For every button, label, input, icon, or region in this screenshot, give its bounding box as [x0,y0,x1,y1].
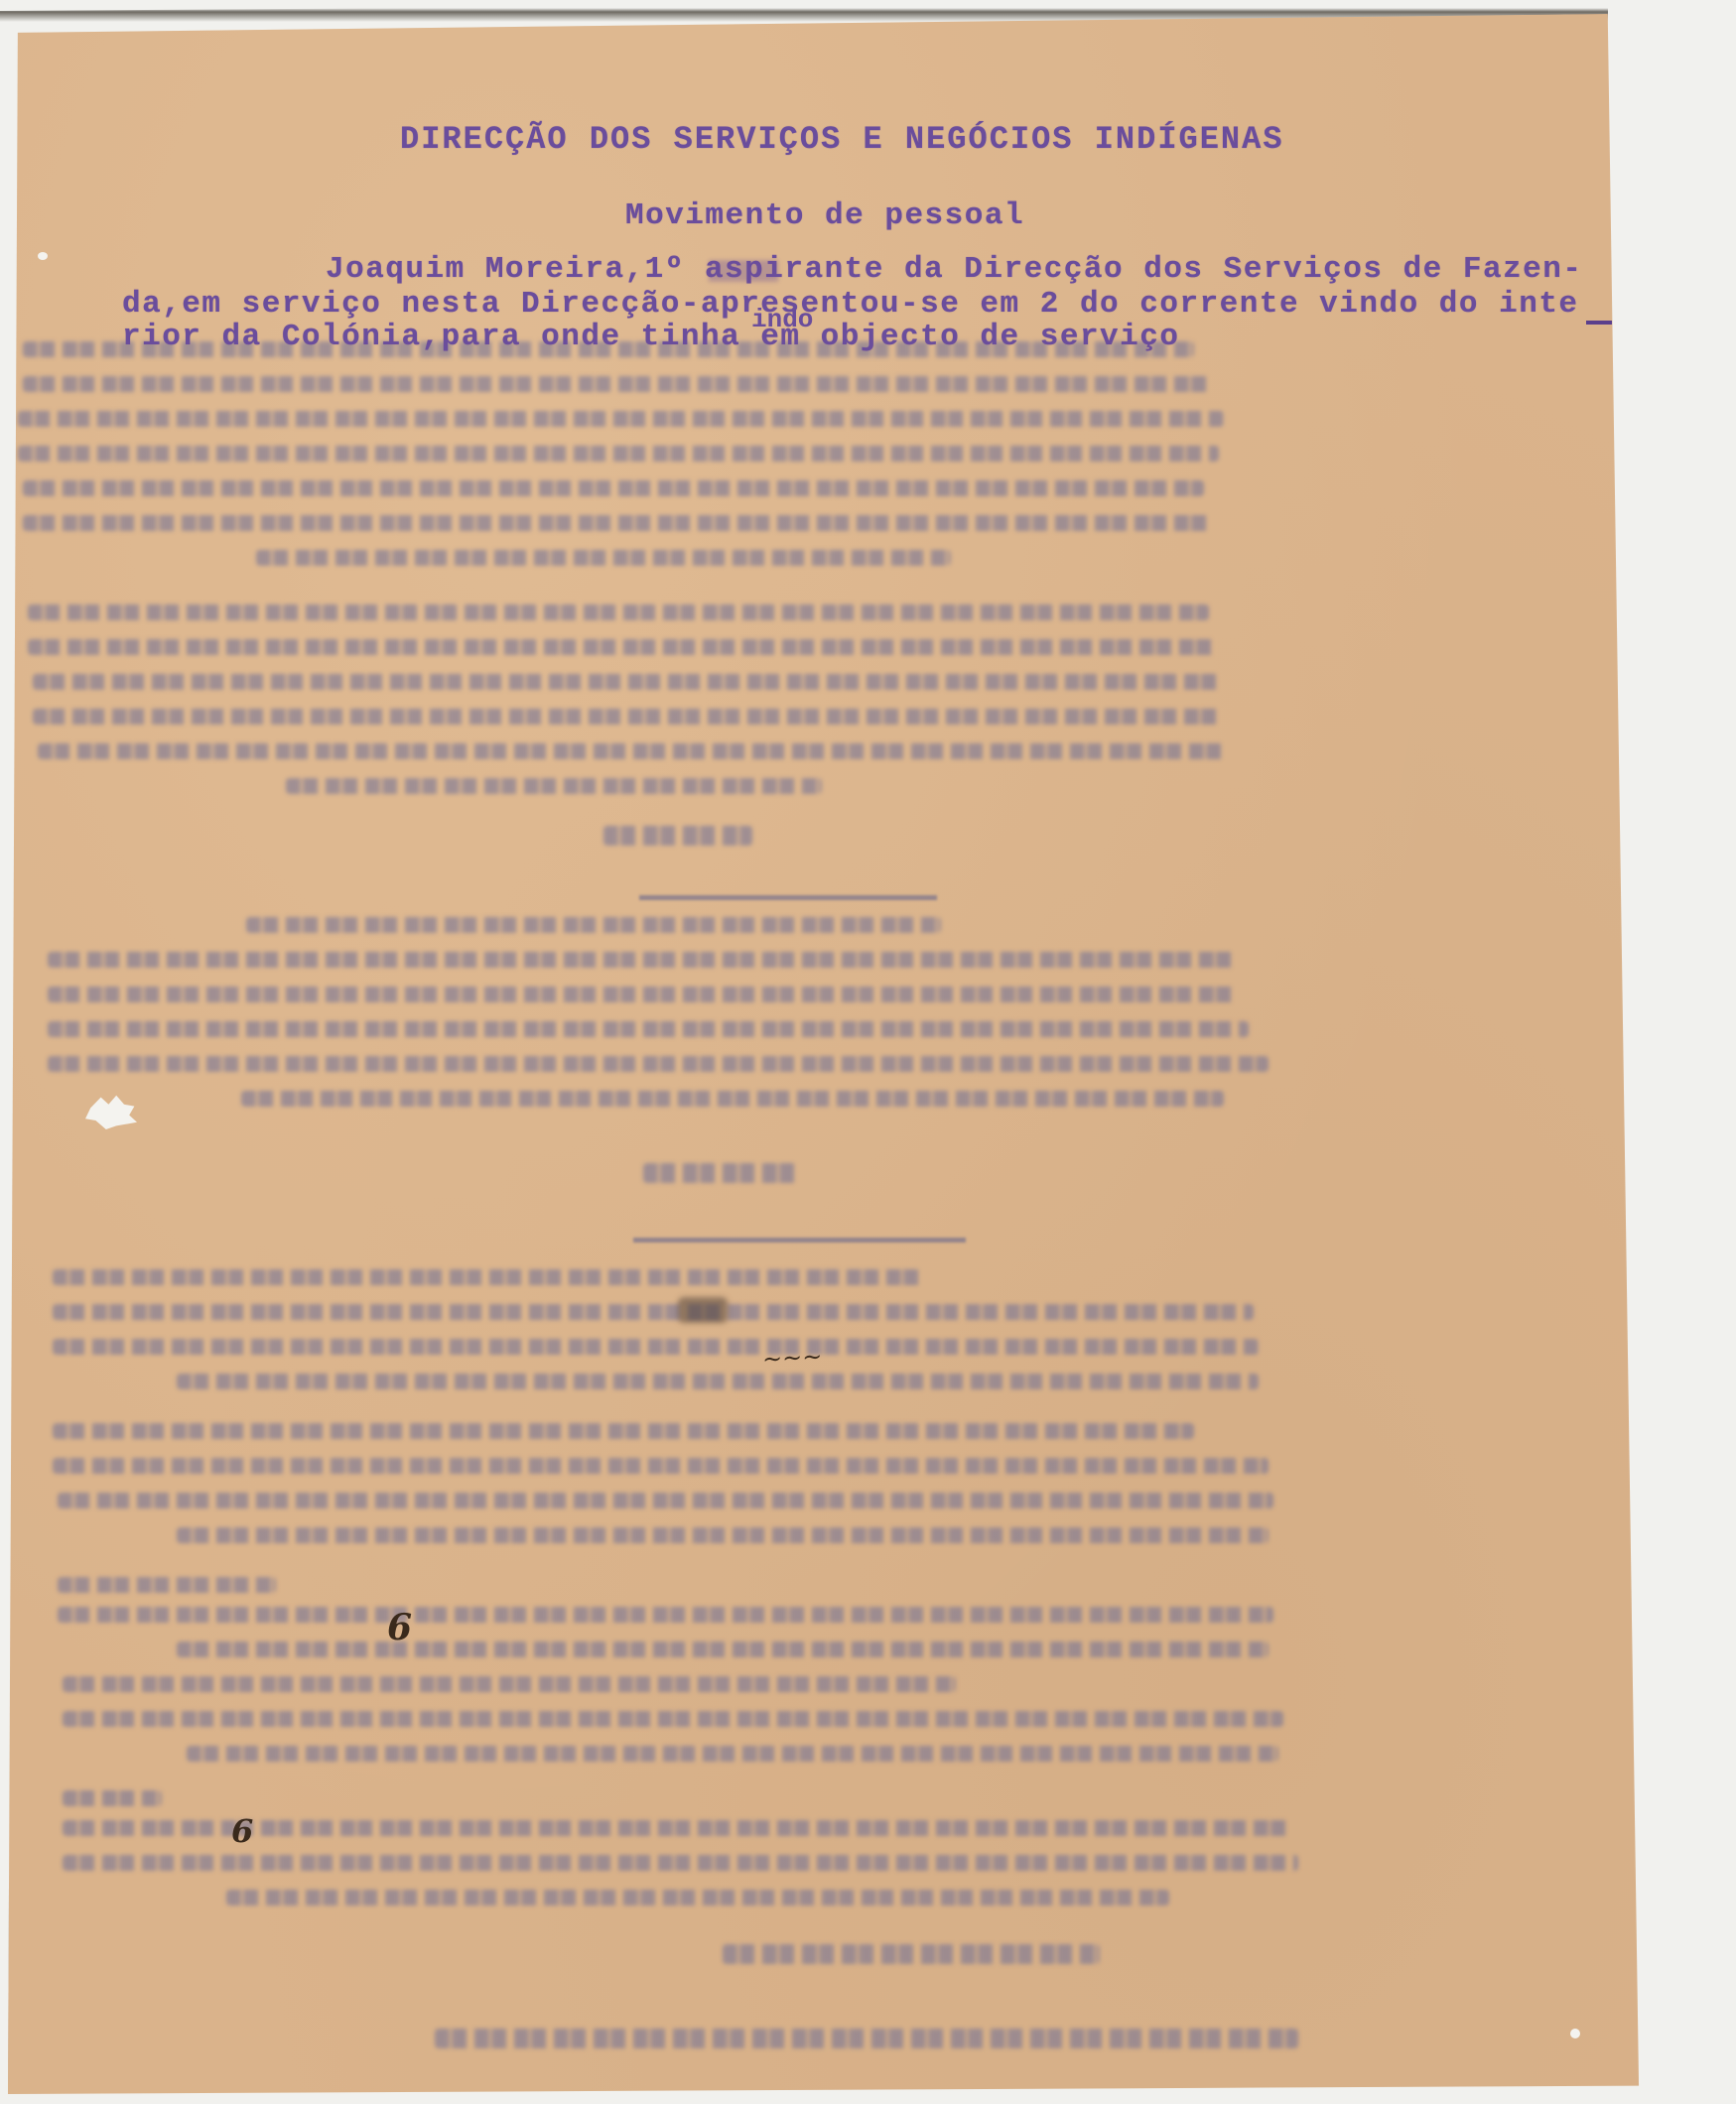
paragraph-line: Joaquim Moreira,1º aspirante da Direcção… [326,252,1583,287]
handwritten-mark: 6 [387,1607,412,1648]
paper-hole [38,252,48,260]
typed-correction: indo [751,305,813,334]
ink-smudge [678,1297,728,1323]
underline-mark [1586,321,1612,325]
document-heading: DIRECÇÃO DOS SERVIÇOS E NEGÓCIOS INDÍGEN… [400,121,1284,158]
handwritten-signature: ~~~ [761,1342,823,1373]
paragraph-line: da,em serviço nesta Direcção-apresentou-… [122,287,1579,322]
paragraph-line: rior da Colónia,para onde tinha em objec… [122,320,1179,354]
paper-hole [1570,2029,1580,2038]
typed-document-page: DIRECÇÃO DOS SERVIÇOS E NEGÓCIOS INDÍGEN… [8,14,1644,2094]
document-subheading: Movimento de pessoal [625,198,1024,233]
paper-hole [85,1094,137,1129]
handwritten-mark: 6 [231,1812,253,1850]
